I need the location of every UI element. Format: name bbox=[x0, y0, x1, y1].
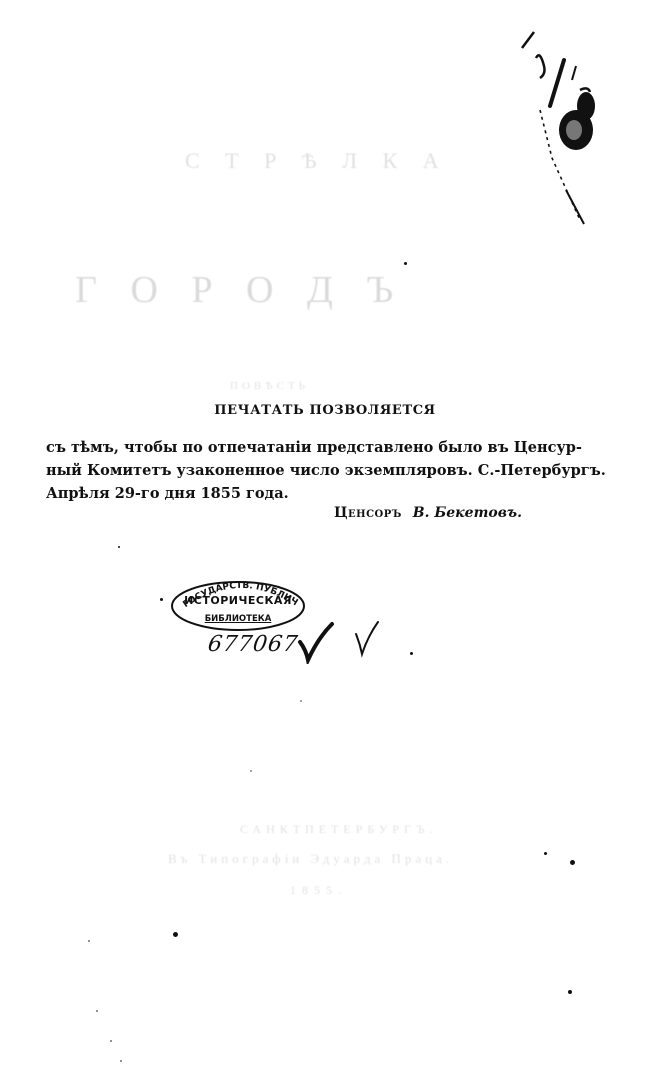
scan-speck bbox=[88, 940, 90, 942]
censor-title: Ценсоръ bbox=[334, 505, 402, 521]
scanned-page: С Т Р Ѣ Л К А Г О Р О Д Ъ ПОВѢСТЬ САНКТП… bbox=[0, 0, 650, 1081]
check-mark-icon bbox=[296, 620, 336, 668]
scan-speck bbox=[300, 700, 302, 702]
censor-signature: Ценсоръ В. Бекетовъ. bbox=[334, 505, 522, 521]
bleed-through-subtitle: ПОВѢСТЬ bbox=[230, 380, 309, 392]
scan-speck bbox=[160, 598, 163, 601]
censorship-heading: ПЕЧАТАТЬ ПОЗВОЛЯЕТСЯ bbox=[0, 403, 650, 418]
bleed-through-imprint-city: САНКТПЕТЕРБУРГЪ. bbox=[240, 822, 437, 837]
scan-speck bbox=[96, 1010, 98, 1012]
scan-speck bbox=[110, 1040, 112, 1042]
library-stamp: ГОСУДАРСТВ. ПУБЛИЧНАЯ ИСТОРИЧЕСКАЯ БИБЛИ… bbox=[168, 576, 308, 632]
handwritten-corner-annotation bbox=[510, 10, 600, 230]
scan-speck bbox=[120, 1060, 122, 1062]
scan-speck bbox=[410, 652, 413, 655]
check-mark-icon bbox=[352, 620, 382, 664]
scan-speck bbox=[118, 546, 120, 548]
scan-speck bbox=[570, 860, 575, 865]
scan-speck bbox=[544, 852, 547, 855]
inventory-number: 677067 bbox=[206, 632, 299, 657]
bleed-through-imprint-printer: Въ Типографiи Эдуарда Праца. bbox=[168, 851, 453, 867]
scan-speck bbox=[250, 770, 252, 772]
censorship-line-2: ный Комитетъ узаконенное число экземпляр… bbox=[46, 459, 566, 482]
scan-speck bbox=[404, 262, 407, 265]
bleed-through-title-large: Г О Р О Д Ъ bbox=[75, 268, 405, 312]
pen-mark-icon bbox=[510, 10, 600, 230]
censorship-text: съ тѣмъ, чтобы по отпечатанiи представле… bbox=[46, 436, 566, 505]
bleed-through-imprint-year: 1855. bbox=[290, 883, 347, 898]
bleed-through-title-small: С Т Р Ѣ Л К А bbox=[185, 148, 449, 174]
censorship-line-3: Апрѣля 29-го дня 1855 года. bbox=[46, 482, 566, 505]
stamp-bottom-text: БИБЛИОТЕКА bbox=[168, 614, 308, 624]
scan-speck bbox=[173, 932, 178, 937]
censor-name: В. Бекетовъ. bbox=[413, 505, 522, 521]
stamp-center-text: ИСТОРИЧЕСКАЯ bbox=[168, 594, 308, 607]
scan-speck bbox=[568, 990, 572, 994]
censorship-line-1: съ тѣмъ, чтобы по отпечатанiи представле… bbox=[46, 436, 566, 459]
